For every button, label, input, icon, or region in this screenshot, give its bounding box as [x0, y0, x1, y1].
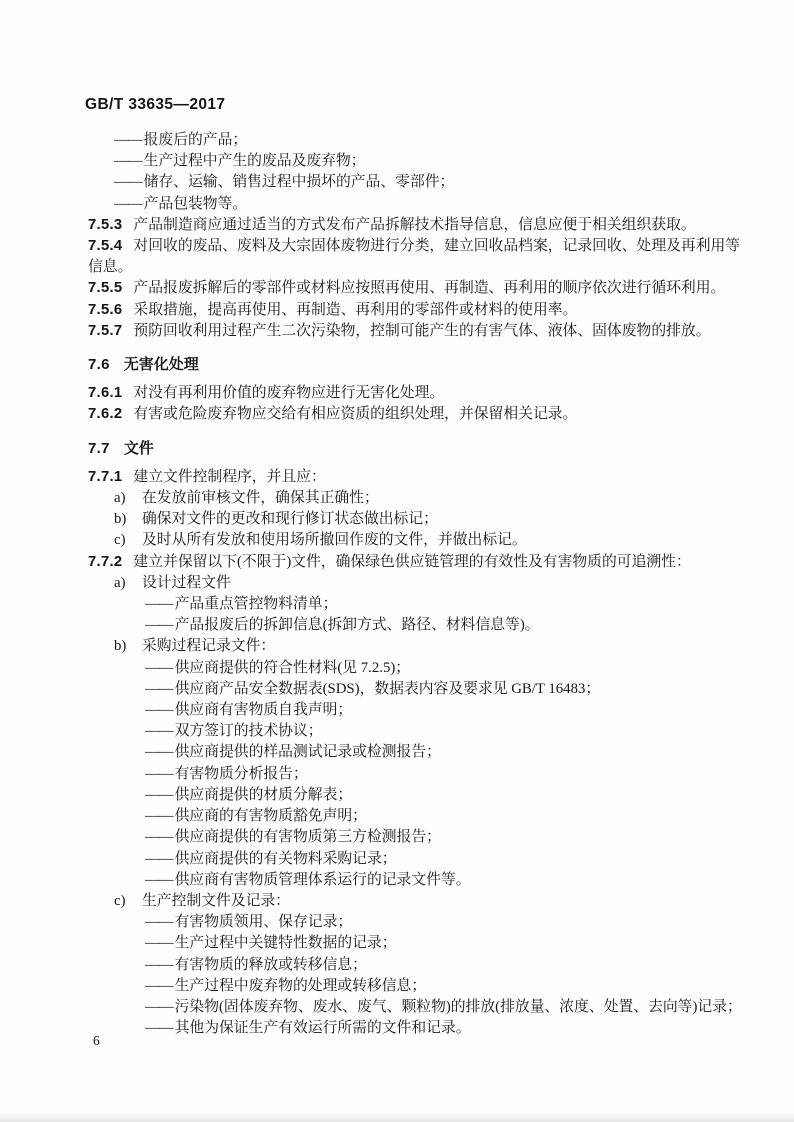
item-letter: a): [114, 573, 142, 594]
line-text: 生产过程中废弃物的处理或转移信息；: [175, 978, 427, 994]
line-text: 供应商提供的有关物料采购记录；: [175, 851, 397, 867]
line-text: 供应商有害物质自我声明；: [175, 702, 353, 718]
line-text: 报废后的产品；: [144, 132, 248, 148]
clause-number: 7.7.1: [88, 469, 122, 485]
line-text: 有害或危险废弃物应交给有相应资质的组织处理，并保留相关记录。: [133, 406, 577, 422]
dash-bullet: ——: [145, 596, 173, 612]
list-item-dash-level2: ——供应商提供的有关物料采购记录；: [145, 849, 748, 870]
dash-bullet: ——: [145, 617, 173, 633]
clause-paragraph: 7.5.4对回收的废品、废料及大宗固体废物进行分类，建立回收品档案，记录回收、处…: [88, 236, 748, 257]
line-text: 产品包装物等。: [144, 196, 248, 212]
list-item-dash-level1: ——报废后的产品；: [114, 130, 748, 151]
clause-paragraph: 7.6.1对没有再利用价值的废弃物应进行无害化处理。: [88, 383, 748, 404]
line-text: 有害物质领用、保存记录；: [175, 914, 353, 930]
line-text: 确保对文件的更改和现行修订状态做出标记；: [142, 511, 438, 527]
line-text: 生产控制文件及记录：: [142, 893, 290, 909]
list-item-dash-level2: ——产品报废后的拆卸信息(拆卸方式、路径、材料信息等)。: [145, 615, 748, 636]
line-text: 供应商提供的符合性材料(见 7.2.5)；: [175, 660, 411, 676]
line-text: 建立文件控制程序，并且应：: [133, 469, 325, 485]
item-letter: c): [114, 530, 142, 551]
list-item-dash-level2: ——供应商提供的有害物质第三方检测报告；: [145, 827, 748, 848]
standard-code-header: GB/T 33635—2017: [85, 96, 225, 114]
line-text: 生产过程中产生的废品及废弃物；: [144, 153, 366, 169]
clause-paragraph: 7.5.6采取措施，提高再使用、再制造、再利用的零部件或材料的使用率。: [88, 300, 748, 321]
list-item-dash-level2: ——供应商提供的样品测试记录或检测报告；: [145, 742, 748, 763]
dash-bullet: ——: [145, 935, 173, 951]
list-item-dash-level2: ——有害物质领用、保存记录；: [145, 912, 748, 933]
line-text: 产品报废拆解后的零部件或材料应按照再使用、再制造、再利用的顺序依次进行循环利用。: [133, 280, 725, 296]
dash-bullet: ——: [145, 744, 173, 760]
dash-bullet: ——: [114, 132, 142, 148]
lettered-item: c)生产控制文件及记录：: [114, 891, 748, 912]
line-text: 信息。: [88, 259, 132, 275]
line-text: 产品制造商应通过适当的方式发布产品拆解技术指导信息，信息应便于相关组织获取。: [133, 217, 695, 233]
list-item-dash-level2: ——双方签订的技术协议；: [145, 721, 748, 742]
page-number: 6: [93, 1033, 100, 1049]
scan-edge-shadow: [0, 1112, 794, 1122]
dash-bullet: ——: [145, 1020, 173, 1036]
line-text: 无害化处理: [124, 356, 199, 373]
clause-paragraph: 7.5.7预防回收利用过程产生二次污染物，控制可能产生的有害气体、液体、固体废物…: [88, 321, 748, 342]
dash-bullet: ——: [114, 153, 142, 169]
list-item-dash-level2: ——供应商产品安全数据表(SDS)，数据表内容及要求见 GB/T 16483；: [145, 679, 748, 700]
item-letter: b): [114, 636, 142, 657]
line-text: 对回收的废品、废料及大宗固体废物进行分类，建立回收品档案，记录回收、处理及再利用…: [133, 238, 740, 254]
dash-bullet: ——: [145, 723, 173, 739]
clause-number: 7.5.4: [88, 238, 122, 254]
lettered-item: a)在发放前审核文件，确保其正确性；: [114, 488, 748, 509]
list-item-dash-level2: ——污染物(固体废弃物、废水、废气、颗粒物)的排放(排放量、浓度、处置、去向等)…: [145, 997, 748, 1018]
dash-bullet: ——: [145, 766, 173, 782]
line-text: 在发放前审核文件，确保其正确性；: [142, 490, 379, 506]
line-text: 对没有再利用价值的废弃物应进行无害化处理。: [133, 385, 444, 401]
dash-bullet: ——: [145, 851, 173, 867]
dash-bullet: ——: [114, 196, 142, 212]
line-text: 采购过程记录文件：: [142, 638, 275, 654]
dash-bullet: ——: [145, 914, 173, 930]
line-text: 有害物质的释放或转移信息；: [175, 957, 367, 973]
line-text: 生产过程中关键特性数据的记录；: [175, 935, 397, 951]
lettered-item: c)及时从所有发放和使用场所撤回作废的文件，并做出标记。: [114, 530, 748, 551]
line-text: 污染物(固体废弃物、废水、废气、颗粒物)的排放(排放量、浓度、处置、去向等)记录…: [175, 999, 742, 1015]
list-item-dash-level2: ——供应商的有害物质豁免声明；: [145, 806, 748, 827]
line-text: 建立并保留以下(不限于)文件，确保绿色供应链管理的有效性及有害物质的可追溯性：: [133, 554, 690, 570]
line-text: 供应商的有害物质豁免声明；: [175, 808, 367, 824]
line-text: 供应商提供的样品测试记录或检测报告；: [175, 744, 441, 760]
clause-number: 7.6.2: [88, 406, 122, 422]
dash-bullet: ——: [145, 808, 173, 824]
clause-number: 7.5.3: [88, 217, 122, 233]
list-item-dash-level2: ——有害物质分析报告；: [145, 764, 748, 785]
list-item-dash-level2: ——供应商有害物质管理体系运行的记录文件等。: [145, 870, 748, 891]
line-text: 双方签订的技术协议；: [175, 723, 323, 739]
list-item-dash-level1: ——生产过程中产生的废品及废弃物；: [114, 151, 748, 172]
dash-bullet: ——: [145, 787, 173, 803]
clause-paragraph: 7.5.5产品报废拆解后的零部件或材料应按照再使用、再制造、再利用的顺序依次进行…: [88, 278, 748, 299]
lettered-item: b)确保对文件的更改和现行修订状态做出标记；: [114, 509, 748, 530]
dash-bullet: ——: [145, 872, 173, 888]
section-number: 7.7: [88, 440, 110, 457]
line-text: 其他为保证生产有效运行所需的文件和记录。: [175, 1020, 471, 1036]
line-text: 供应商有害物质管理体系运行的记录文件等。: [175, 872, 471, 888]
dash-bullet: ——: [145, 999, 173, 1015]
line-text: 供应商提供的材质分解表；: [175, 787, 353, 803]
scanned-document-page: GB/T 33635—2017 ——报废后的产品；——生产过程中产生的废品及废弃…: [0, 0, 794, 1122]
clause-paragraph: 7.7.1建立文件控制程序，并且应：: [88, 467, 748, 488]
line-text: 文件: [124, 440, 154, 457]
line-text: 产品报废后的拆卸信息(拆卸方式、路径、材料信息等)。: [175, 617, 540, 633]
clause-paragraph: 7.5.3产品制造商应通过适当的方式发布产品拆解技术指导信息，信息应便于相关组织…: [88, 215, 748, 236]
dash-bullet: ——: [145, 829, 173, 845]
list-item-dash-level2: ——其他为保证生产有效运行所需的文件和记录。: [145, 1018, 748, 1039]
clause-paragraph: 7.7.2建立并保留以下(不限于)文件，确保绿色供应链管理的有效性及有害物质的可…: [88, 552, 748, 573]
line-text: 储存、运输、销售过程中损坏的产品、零部件；: [144, 174, 455, 190]
dash-bullet: ——: [145, 660, 173, 676]
clause-paragraph: 7.6.2有害或危险废弃物应交给有相应资质的组织处理，并保留相关记录。: [88, 404, 748, 425]
line-text: 及时从所有发放和使用场所撤回作废的文件，并做出标记。: [142, 532, 527, 548]
clause-number: 7.5.7: [88, 323, 122, 339]
line-text: 采取措施，提高再使用、再制造、再利用的零部件或材料的使用率。: [133, 302, 577, 318]
line-text: 设计过程文件: [142, 575, 231, 591]
list-item-dash-level2: ——生产过程中废弃物的处理或转移信息；: [145, 976, 748, 997]
list-item-dash-level2: ——产品重点管控物料清单；: [145, 594, 748, 615]
dash-bullet: ——: [145, 681, 173, 697]
list-item-dash-level2: ——供应商提供的材质分解表；: [145, 785, 748, 806]
clause-number: 7.6.1: [88, 385, 122, 401]
section-heading: 7.6无害化处理: [88, 354, 748, 375]
list-item-dash-level2: ——有害物质的释放或转移信息；: [145, 955, 748, 976]
lettered-item: a)设计过程文件: [114, 573, 748, 594]
item-letter: a): [114, 488, 142, 509]
lettered-item: b)采购过程记录文件：: [114, 636, 748, 657]
section-heading: 7.7文件: [88, 438, 748, 459]
clause-number: 7.5.6: [88, 302, 122, 318]
dash-bullet: ——: [114, 174, 142, 190]
list-item-dash-level2: ——供应商有害物质自我声明；: [145, 700, 748, 721]
clause-continuation: 信息。: [88, 257, 748, 278]
line-text: 预防回收利用过程产生二次污染物，控制可能产生的有害气体、液体、固体废物的排放。: [133, 323, 710, 339]
dash-bullet: ——: [145, 978, 173, 994]
dash-bullet: ——: [145, 702, 173, 718]
document-body: ——报废后的产品；——生产过程中产生的废品及废弃物；——储存、运输、销售过程中损…: [88, 130, 748, 1039]
list-item-dash-level1: ——产品包装物等。: [114, 194, 748, 215]
line-text: 供应商提供的有害物质第三方检测报告；: [175, 829, 441, 845]
line-text: 产品重点管控物料清单；: [175, 596, 338, 612]
dash-bullet: ——: [145, 957, 173, 973]
section-number: 7.6: [88, 356, 110, 373]
list-item-dash-level2: ——供应商提供的符合性材料(见 7.2.5)；: [145, 658, 748, 679]
item-letter: b): [114, 509, 142, 530]
item-letter: c): [114, 891, 142, 912]
clause-number: 7.5.5: [88, 280, 122, 296]
line-text: 供应商产品安全数据表(SDS)，数据表内容及要求见 GB/T 16483；: [175, 681, 601, 697]
line-text: 有害物质分析报告；: [175, 766, 308, 782]
clause-number: 7.7.2: [88, 554, 122, 570]
list-item-dash-level2: ——生产过程中关键特性数据的记录；: [145, 933, 748, 954]
list-item-dash-level1: ——储存、运输、销售过程中损坏的产品、零部件；: [114, 172, 748, 193]
